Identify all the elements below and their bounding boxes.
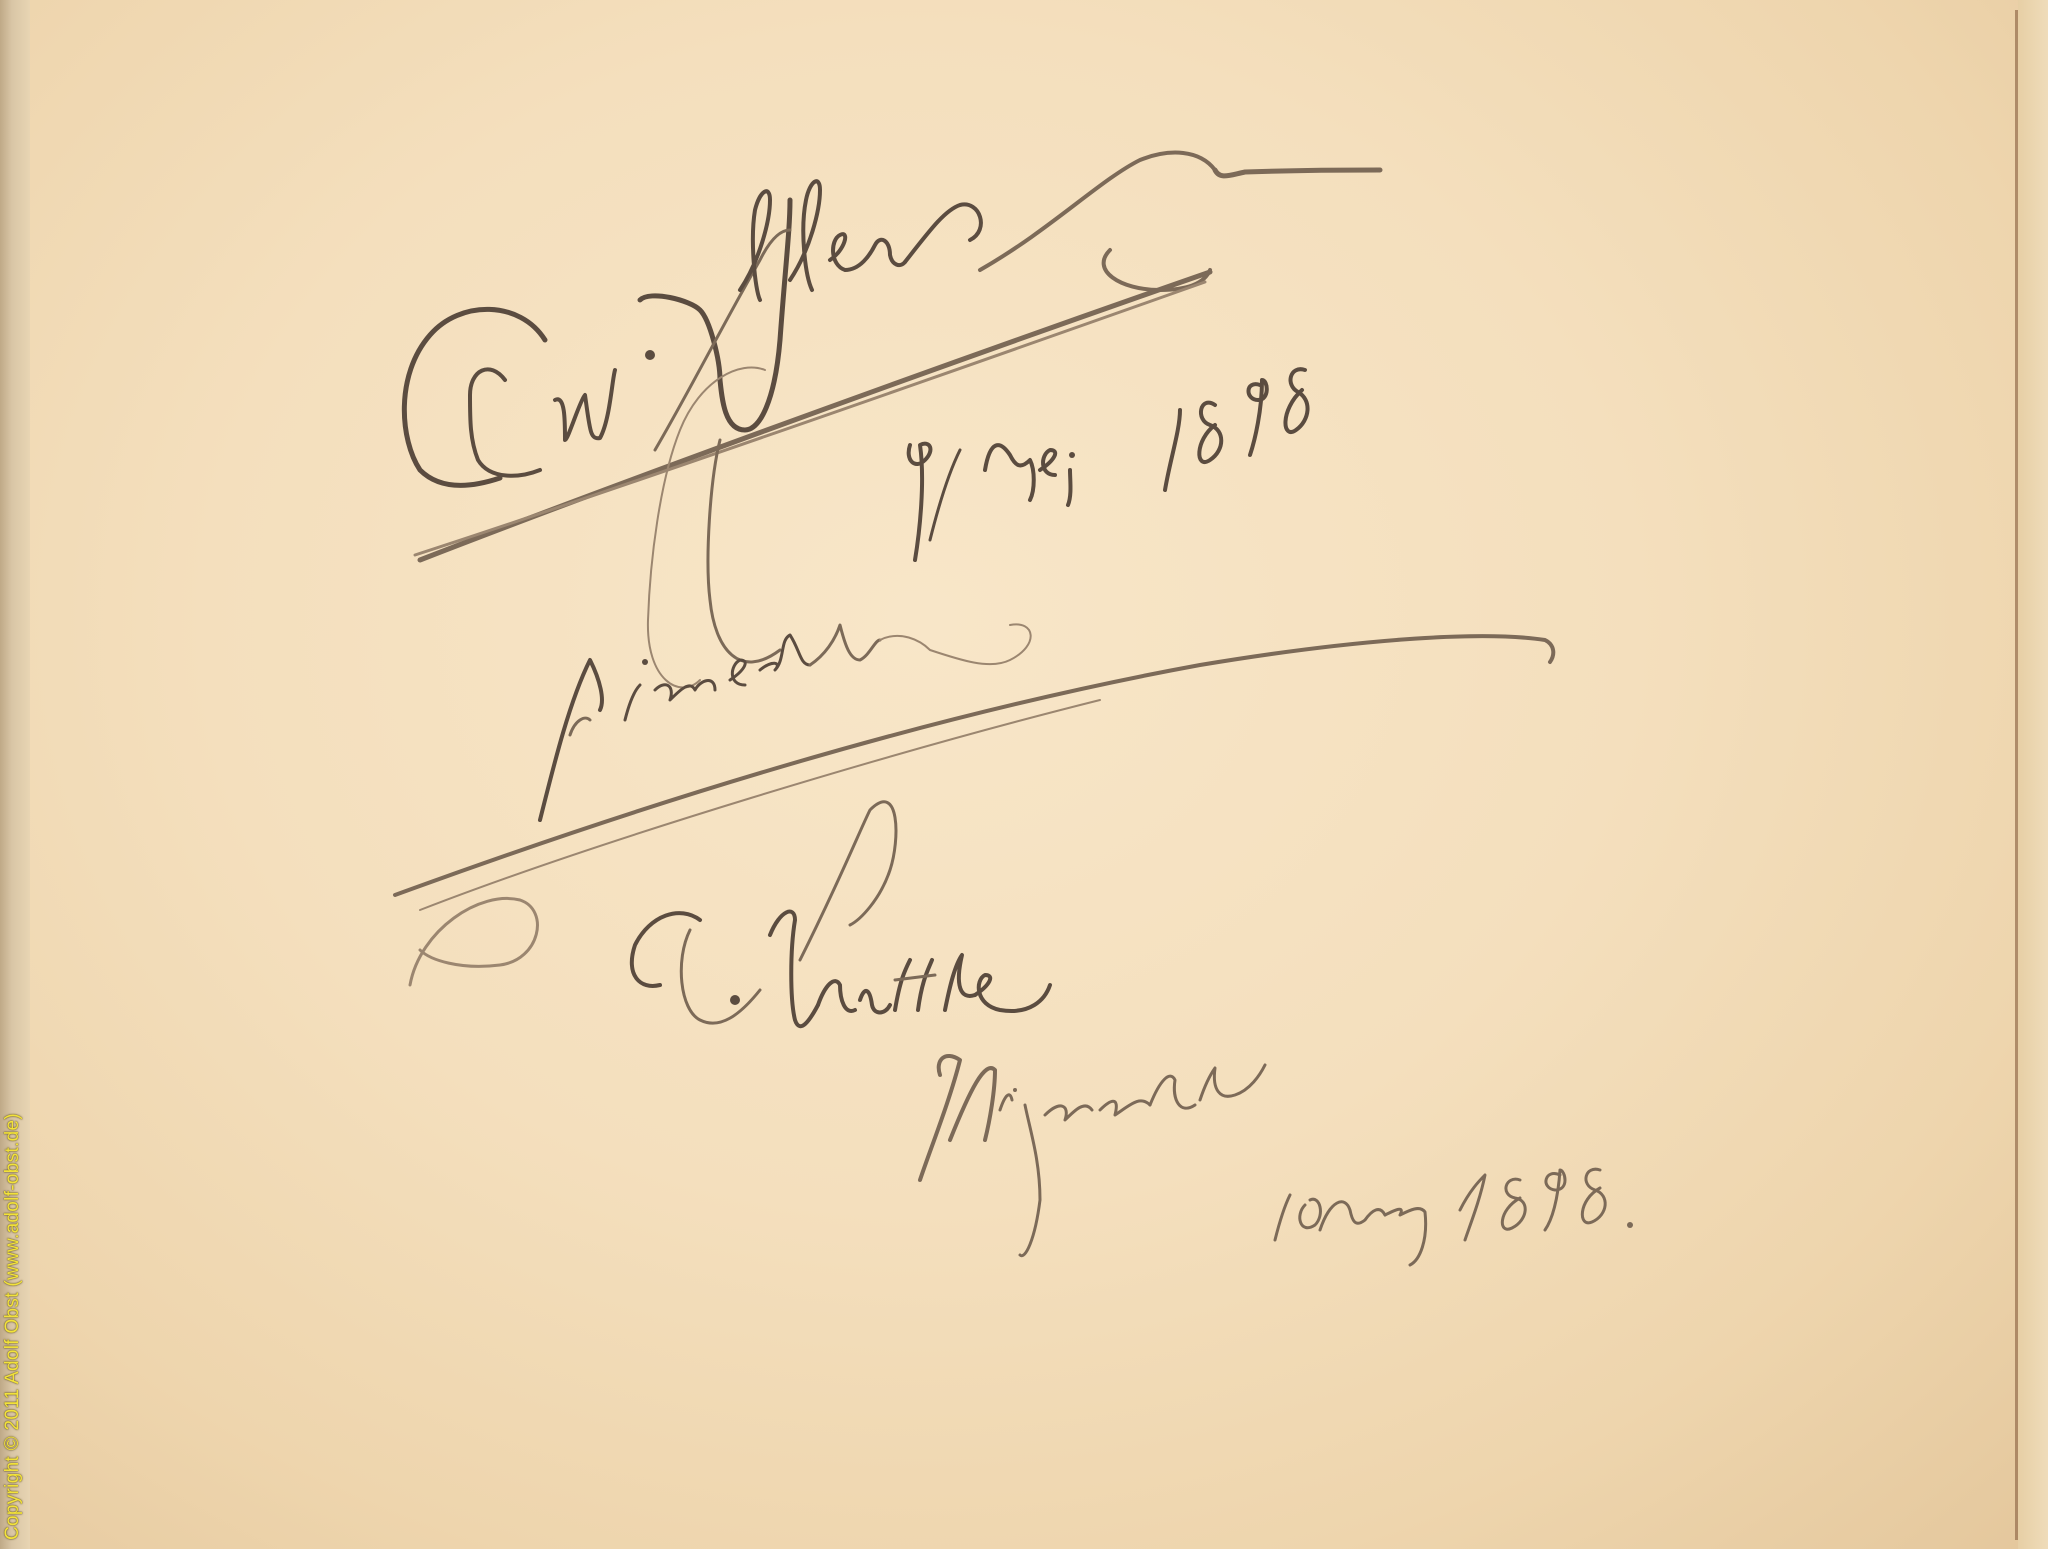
signature-allen bbox=[404, 153, 1380, 688]
date-1 bbox=[909, 369, 1308, 560]
date-2 bbox=[1275, 1169, 1633, 1265]
signature-wuttke bbox=[410, 802, 1050, 1026]
album-page: Copyright © 2011 Adolf Obst (www.adolf-o… bbox=[0, 0, 2048, 1549]
place-2 bbox=[920, 1056, 1265, 1256]
place-1 bbox=[540, 624, 1031, 820]
handwriting-ink bbox=[0, 0, 2048, 1549]
